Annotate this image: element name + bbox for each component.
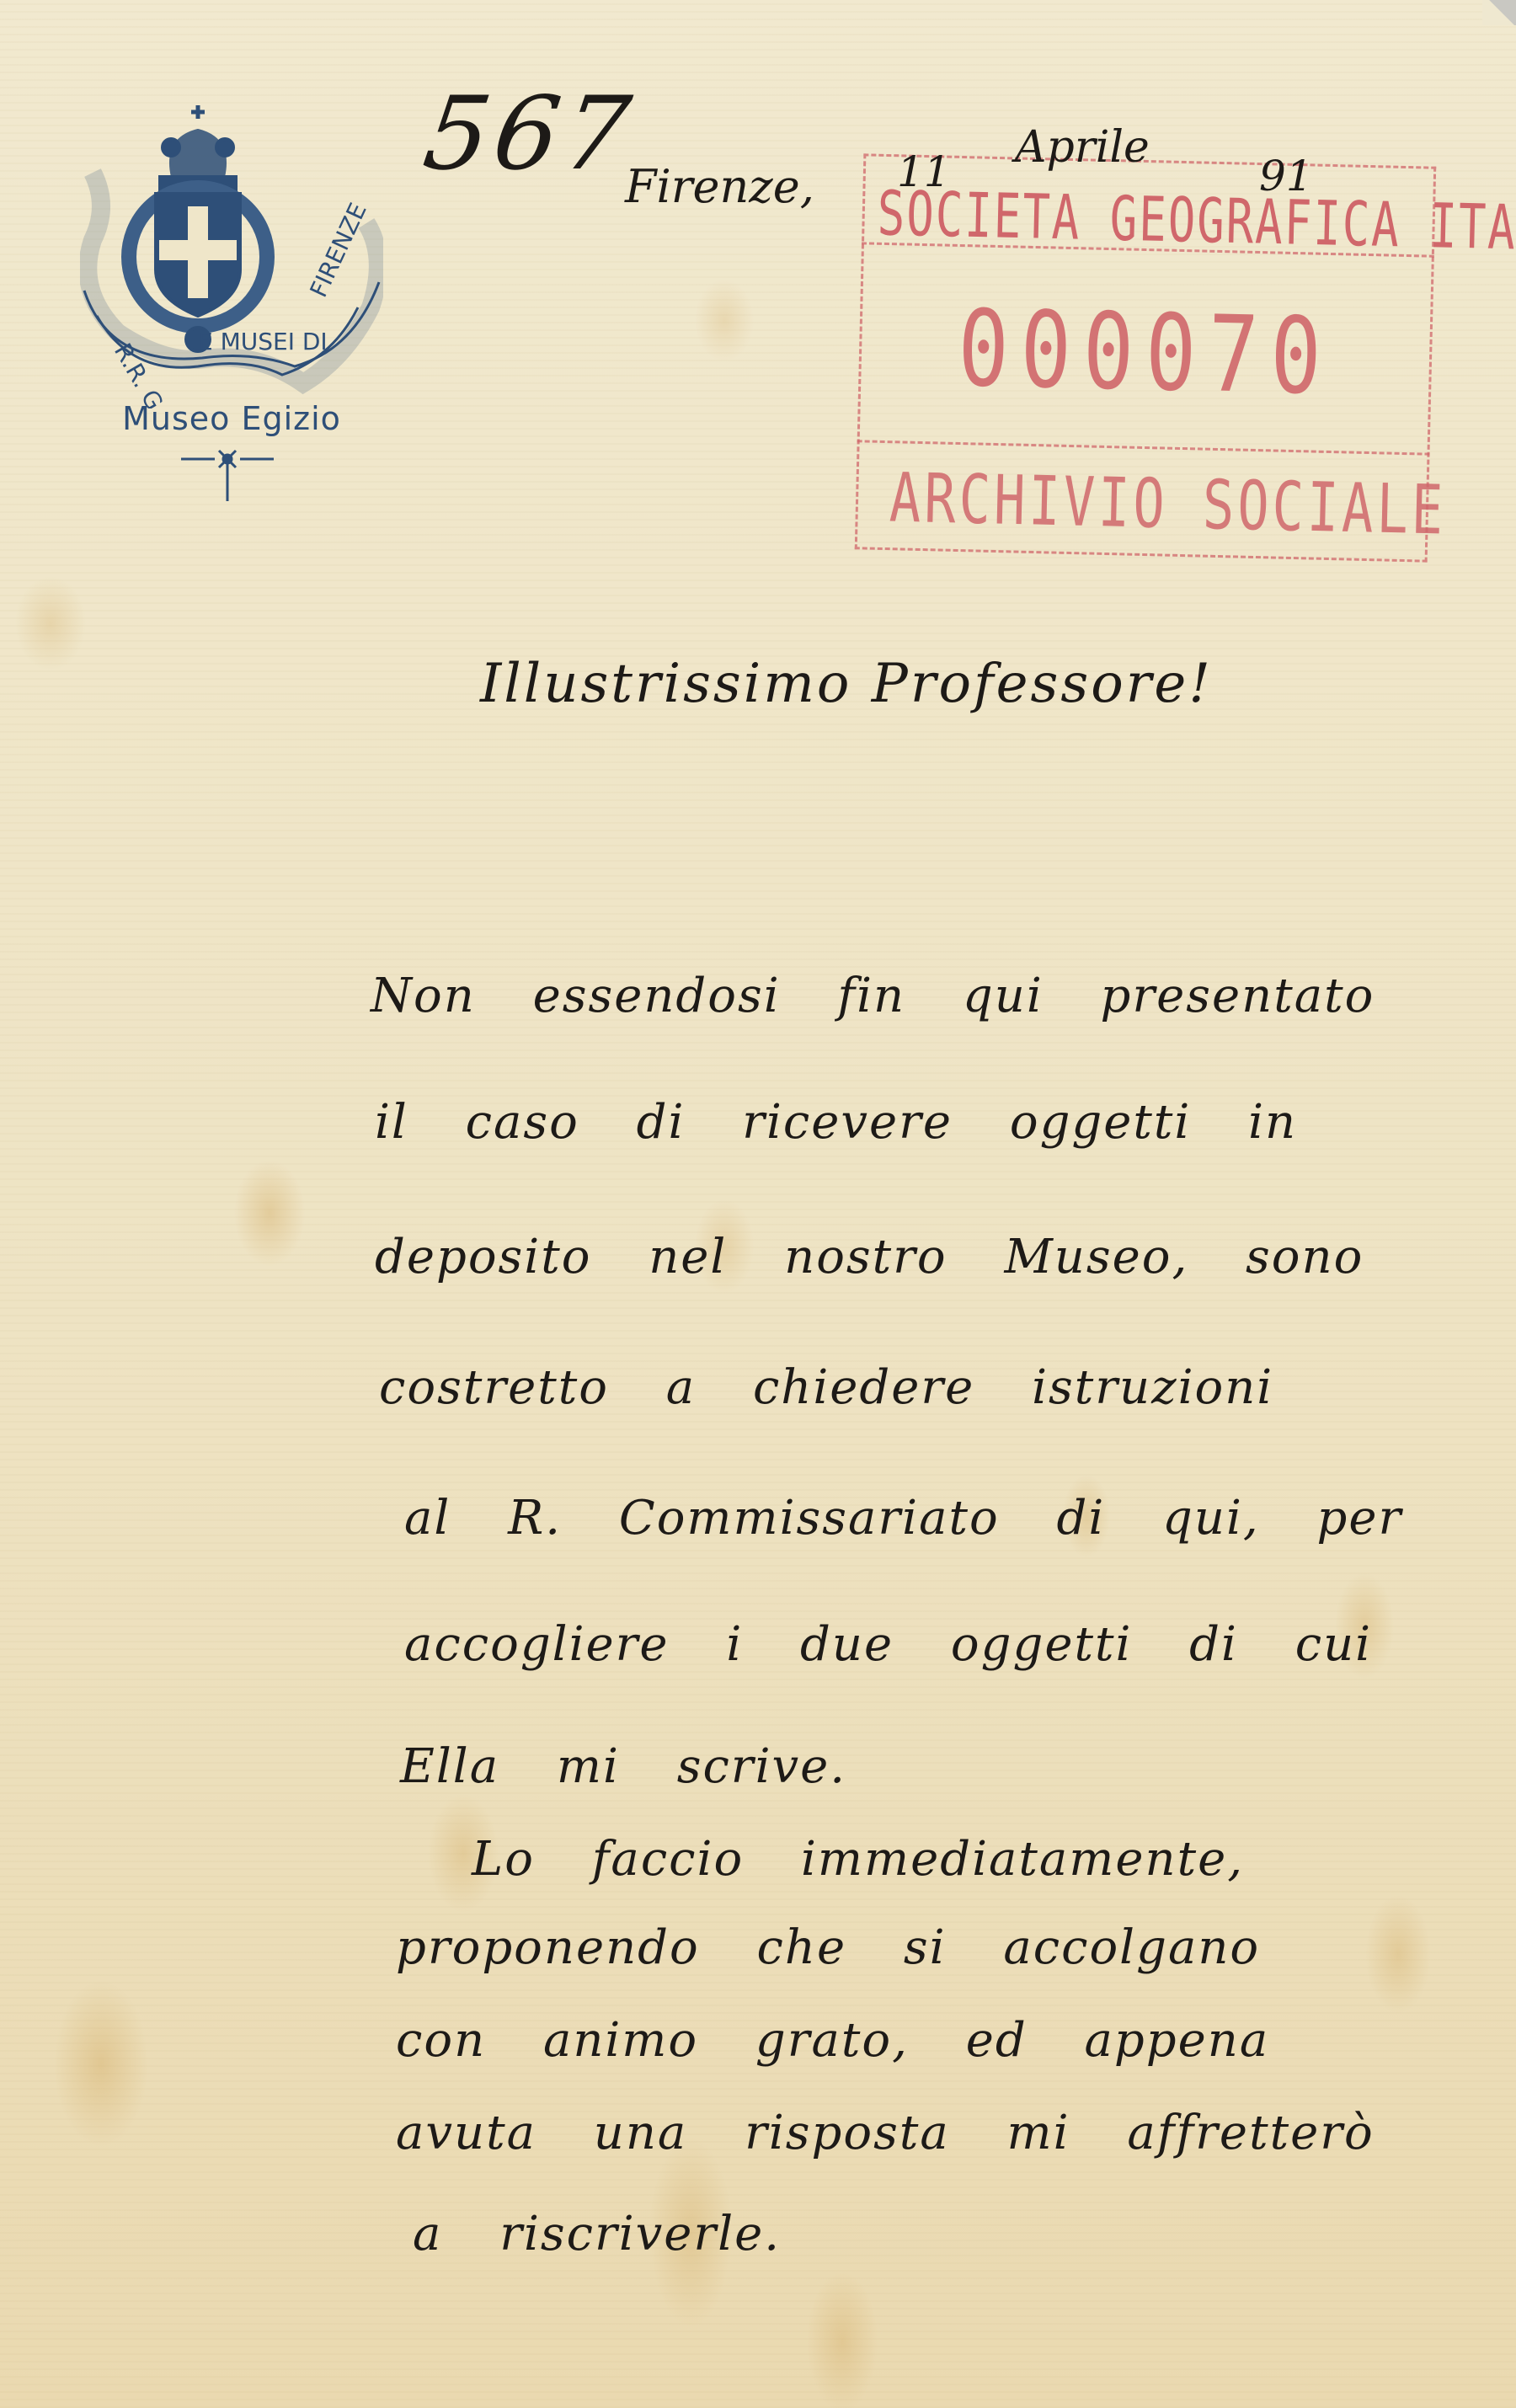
letterhead: R.R. GALLERIE E MUSEI DI FIRENZE Museo E…	[80, 97, 383, 510]
body-line: al R. Commissariato di qui, per	[404, 1491, 1402, 1546]
body-line: proponendo che si accolgano	[396, 1920, 1260, 1975]
archive-stamp: SOCIETA GEOGRAFICA ITAL 000070 ARCHIVIO …	[855, 153, 1436, 562]
body-line: avuta una risposta mi affretterò	[396, 2106, 1375, 2160]
body-line: accogliere i due oggetti di cui	[404, 1617, 1372, 1672]
body-line: deposito nel nostro Museo, sono	[375, 1230, 1364, 1284]
body-line: con animo grato, ed appena	[396, 2013, 1269, 2068]
museum-name: Museo Egizio	[80, 400, 383, 437]
letter-date-year: 91	[1259, 152, 1313, 200]
salutation: Illustrissimo Professore!	[480, 653, 1213, 715]
savoy-crest-icon: R.R. GALLERIE E MUSEI DI FIRENZE	[80, 97, 383, 408]
body-line: il caso di ricevere oggetti in	[375, 1095, 1297, 1150]
letter-date-day: 11	[897, 147, 951, 196]
body-line: costretto a chiedere istruzioni	[379, 1360, 1273, 1415]
body-line: Ella mi scrive.	[400, 1739, 846, 1794]
body-line: a riscriverle.	[413, 2207, 781, 2261]
stamp-society-name: SOCIETA GEOGRAFICA ITAL	[877, 178, 1516, 264]
letter-date-month: Aprile	[1015, 122, 1150, 173]
body-line: Non essendosi fin qui presentato	[371, 969, 1375, 1023]
stamp-archive-number: 000070	[858, 285, 1433, 421]
svg-text:E MUSEI DI: E MUSEI DI	[198, 328, 328, 355]
archive-reference-number: 567	[417, 76, 642, 193]
ornament-divider-icon	[181, 446, 274, 505]
stamp-archive-label: ARCHIVIO SOCIALE	[889, 457, 1447, 550]
letter-place: Firenze,	[625, 160, 814, 213]
svg-text:FIRENZE: FIRENZE	[304, 199, 371, 302]
body-line: Lo faccio immediatamente,	[472, 1832, 1244, 1887]
folded-corner	[1482, 0, 1516, 25]
